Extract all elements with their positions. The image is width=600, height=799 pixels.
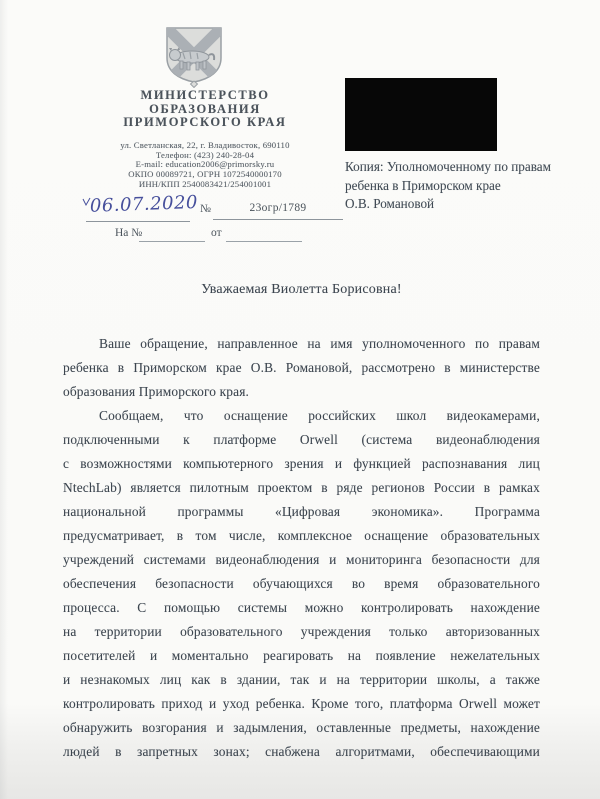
copy-line: Копия: Уполномоченному по правам — [345, 158, 565, 177]
body-line: предусматривает, в том числе, комплексно… — [63, 524, 540, 548]
reply-from-label: от — [211, 227, 222, 239]
body-line: посетителей и моментально реагировать на… — [63, 644, 540, 668]
body-line: с возможностями компьютерного зрения и ф… — [63, 452, 540, 476]
body-line: контролировать приход и уход ребенка. Кр… — [63, 692, 540, 716]
reply-number-blank — [139, 227, 205, 242]
copy-line: ребенка в Приморском крае — [345, 177, 565, 196]
body-line: NtechLab) является пилотным проектом в р… — [63, 476, 540, 500]
body-line: Ваше обращение, направленное на имя упол… — [63, 332, 540, 356]
body-line: процесса. С помощью системы можно контро… — [63, 596, 540, 620]
ministry-name: МИНИСТЕРСТВО ОБРАЗОВАНИЯ ПРИМОРСКОГО КРА… — [40, 89, 370, 130]
copy-recipient: Копия: Уполномоченному по правам ребенка… — [345, 158, 565, 214]
body-line: людей в запретных зонах; снабжена алгори… — [63, 740, 540, 764]
body-line: учреждений системами видеонаблюдения и м… — [63, 548, 540, 572]
ministry-name-line: ПРИМОРСКОГО КРАЯ — [40, 116, 370, 130]
ministry-name-line: МИНИСТЕРСТВО — [40, 89, 370, 103]
reply-date-blank — [226, 227, 302, 242]
paragraph-1: Ваше обращение, направленное на имя упол… — [63, 332, 540, 404]
body-line: подключенными к платформе Orwell (систем… — [63, 428, 540, 452]
body-line: обеспечения безопасности обучающихся во … — [63, 572, 540, 596]
body-line: образования Приморского края. — [63, 380, 540, 404]
salutation: Уважаемая Виолетта Борисовна! — [63, 282, 540, 298]
body-line: ребенка в Приморском крае О.В. Романовой… — [63, 356, 540, 380]
scanned-letter-page: МИНИСТЕРСТВО ОБРАЗОВАНИЯ ПРИМОРСКОГО КРА… — [0, 0, 600, 799]
body-line: национальной программы «Цифровая экономи… — [63, 500, 540, 524]
coat-of-arms-icon — [163, 24, 225, 88]
body-line: и незнакомых лиц как в здании, так и на … — [63, 668, 540, 692]
paragraph-2: Сообщаем, что оснащение российских школ … — [63, 404, 540, 764]
ministry-name-line: ОБРАЗОВАНИЯ — [40, 103, 370, 117]
body-line: обнаружить возгорания и задымления, оста… — [63, 716, 540, 740]
letter-body: Уважаемая Виолетта Борисовна! Ваше обращ… — [63, 282, 540, 764]
letterhead-contacts: ул. Светланская, 22, г. Владивосток, 690… — [40, 141, 370, 190]
redacted-recipient-box — [345, 78, 497, 151]
handwritten-date: 06.07.2020 — [90, 192, 191, 221]
outgoing-number: 23огр/1789 — [213, 202, 343, 220]
copy-line: О.В. Романовой — [345, 195, 565, 214]
number-sign-label: № — [200, 203, 211, 215]
body-line: на территории образовательного учреждени… — [63, 620, 540, 644]
body-line: Сообщаем, что оснащение российских школ … — [63, 404, 540, 428]
inn-kpp-line: ИНН/КПП 2540083421/254001001 — [40, 180, 370, 190]
